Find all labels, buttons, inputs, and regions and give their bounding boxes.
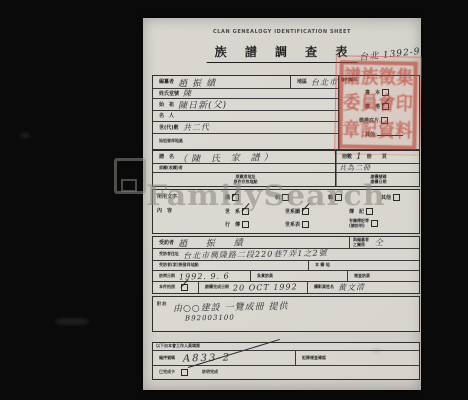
contents-row-2: 行 傳 世系表 有關傳記等 (請註明) [153, 218, 419, 233]
office-use-header: 以下由本會工作人員填寫 [153, 344, 204, 349]
photographed-label: 本件拍照 [156, 285, 179, 290]
family-origin-label: 受訪者(家)族發祥地點 [156, 263, 203, 268]
interviewee-value: 趙 振 績 [178, 235, 251, 250]
category-option-microfilm: 微 捲 [365, 103, 389, 110]
table-row-card-complete: 已完成卡 註明完成 [153, 366, 419, 378]
content-lineage-chart-checkbox-icon [302, 208, 309, 215]
contents-row-1: 內 容 世 系 世系圖 傳 記 [153, 204, 419, 218]
first-ancestor-label: 始 祖 [156, 102, 178, 108]
contents-checkbox-box: 所用文字 漢 和 韓 其他 內 容 [152, 189, 420, 234]
photographer-label: 攝影員姓名 [311, 285, 338, 290]
data-category-box: 資料類別 書 本 微 捲 微捲底片 其他 [338, 75, 420, 150]
content-biography-checkbox-icon [366, 208, 373, 215]
table-row-original-holder: 原藏(收藏)者 [153, 164, 336, 173]
reviewer-label: 複查訪員 [351, 274, 374, 279]
original-holder-label: 原藏(收藏)者 [156, 166, 187, 171]
table-row-famous-person: 名 人 [153, 111, 339, 122]
scan-smudge [55, 318, 89, 325]
table-row-interviewee-address: 受訪者住址 台北市興隆路二段220巷7弄1之2號 [153, 249, 419, 261]
interviewee-address-label: 受訪者住址 [156, 252, 183, 257]
table-row-interviewee: 受訪者 趙 振 績 與編纂者 之關係 仝 [153, 237, 419, 249]
watermark-logo-icon [114, 158, 146, 194]
table-row-volume-count: 冊數 1 冊 頁 [336, 151, 419, 164]
lang-option-korean: 韓 [328, 194, 342, 201]
category-option-negative-label: 微捲底片 [359, 118, 379, 124]
table-row-film-number: 縮攝號碼 縮攝日期 [336, 173, 419, 186]
table-row-first-ancestor: 始 祖 陳日新(父) [153, 99, 339, 111]
table-row-total-volumes: 共為二冊 [336, 164, 419, 173]
volume-count-value: 1 [356, 152, 363, 162]
category-option-book-label: 書 本 [365, 90, 380, 96]
content-records-label: 行 傳 [225, 222, 240, 228]
interviewer-label: 負責訪員 [254, 274, 277, 279]
lang-option-han: 漢 [225, 194, 239, 201]
table-row-compiler: 編纂者 趙振績 地區 台北市 [153, 76, 339, 89]
notes-label: 附 註 [157, 302, 166, 307]
generations-label: 世(代)數 [156, 125, 183, 131]
category-option-other: 其他 [365, 132, 403, 138]
card-complete-checkbox-icon [181, 369, 188, 376]
category-book-checkbox-icon [382, 89, 389, 96]
content-related-bio-checkbox-icon [371, 220, 378, 227]
content-lineage-table-label: 世系表 [285, 222, 300, 228]
volume-count-box: 冊數 1 冊 頁 共為二冊 縮攝號碼 縮攝日期 [335, 150, 420, 187]
content-option-lineage: 世 系 [225, 208, 249, 215]
lang-option-other: 其他 [381, 194, 400, 201]
lang-other-label: 其他 [381, 195, 391, 201]
chinese-title: 族 譜 調 查 表 [207, 43, 358, 63]
table-row-interview-date: 訪問日期 1992. 9. 6 負責訪員 複查訪員 [153, 271, 419, 282]
notes-box: 附 註 由○○建設 一覽成冊 提供 B92003100 [152, 296, 420, 332]
film-complete-date-value: 20 OCT 1992 [233, 282, 298, 292]
total-volumes-value: 共為二冊 [339, 163, 371, 174]
category-option-other-label: 其他 [365, 132, 375, 138]
category-option-microfilm-label: 微 捲 [365, 104, 380, 110]
film-date-label: 縮攝日期 [368, 180, 391, 185]
language-label: 所用文字 [157, 194, 177, 200]
genealogy-name-label: 譜 名 [156, 154, 178, 160]
compiler-label: 編纂者 [156, 79, 178, 85]
content-biography-label: 傳 記 [349, 209, 364, 215]
table-row-holder-address: 原藏者地址 原件存放地點 [153, 173, 336, 186]
scanned-document-screenshot: CLAN GENEALOGY IDENTIFICATION SHEET 族 譜 … [0, 0, 468, 400]
first-ancestor-value: 陳日新(父) [178, 97, 227, 111]
genealogy-name-table: 譜 名 （陳 氏 家 譜） 原藏(收藏)者 原藏者地址 原件存放地點 [152, 150, 337, 187]
notes-line-1: 由○○建設 一覽成冊 提供 [173, 299, 289, 314]
card-complete-label: 已完成卡 [156, 370, 179, 375]
table-row-generations: 世(代)數 共二代 [153, 122, 339, 134]
lang-korean-label: 韓 [328, 195, 333, 201]
category-negative-checkbox-icon [381, 117, 388, 124]
content-lineage-table-checkbox-icon [302, 221, 309, 228]
storage-place-label: 原件存放地點 [231, 180, 262, 185]
table-row-family-origin: 受訪者(家)族發祥地點 本 籍 地 [153, 261, 419, 271]
photographer-value: 黃文清 [338, 282, 365, 294]
identity-table: 編纂者 趙振績 地區 台北市 姓氏堂號 陳 始 祖 陳日新(父) [152, 75, 340, 150]
category-microfilm-checkbox-icon [382, 103, 389, 110]
scan-smudge [372, 349, 381, 353]
relation-label-2: 之關係 [353, 243, 369, 248]
native-place-label: 本 籍 地 [312, 263, 334, 268]
content-lineage-chart-label: 世系圖 [285, 209, 300, 215]
lang-japanese-checkbox-icon [282, 194, 289, 201]
content-lineage-checkbox-icon [242, 208, 249, 215]
genealogy-form-paper: CLAN GENEALOGY IDENTIFICATION SHEET 族 譜 … [143, 18, 421, 390]
surname-hall-label: 姓氏堂號 [156, 91, 183, 97]
content-lineage-label: 世 系 [225, 209, 240, 215]
content-records-checkbox-icon [242, 221, 249, 228]
famous-person-label: 名 人 [156, 113, 178, 119]
content-option-records: 行 傳 [225, 221, 249, 228]
volume-unit-label: 冊 頁 [367, 154, 387, 160]
content-related-bio-sublabel: (請註明) [349, 224, 369, 229]
content-option-biography: 傳 記 [349, 208, 373, 215]
content-option-lineage-chart: 世系圖 [285, 208, 309, 215]
film-complete-date-label: 縮攝完成日期 [202, 285, 233, 290]
genealogy-name-value: （陳 氏 家 譜） [178, 149, 277, 164]
office-use-box: 以下由本會工作人員填寫 編序號碼 A833-2 記錄複查確認 已完成卡 註明完成 [152, 342, 420, 380]
serial-number-label: 編序號碼 [156, 356, 179, 361]
relation-value: 仝 [375, 237, 384, 248]
content-option-related-bio: 有關傳記等 (請註明) [349, 219, 378, 228]
compiler-value: 趙振績 [178, 75, 220, 89]
table-row-serial-number: 編序號碼 A833-2 記錄複查確認 [153, 351, 419, 366]
note-complete-label: 註明完成 [202, 370, 218, 375]
category-option-microfilm-negative: 微捲底片 [359, 117, 388, 124]
photographed-checkbox-icon [181, 284, 188, 291]
notes-line-2: B92003100 [185, 313, 235, 322]
contents-label: 內 容 [157, 208, 172, 214]
category-option-book: 書 本 [365, 89, 389, 96]
english-title: CLAN GENEALOGY IDENTIFICATION SHEET [143, 29, 421, 35]
table-row-ancestor-origin: 始祖發祥地區 [153, 134, 339, 149]
interviewee-table: 受訪者 趙 振 績 與編纂者 之關係 仝 受訪者住址 台北市興隆路二段220巷7… [152, 236, 420, 294]
interviewee-label: 受訪者 [156, 240, 178, 246]
content-option-lineage-table: 世系表 [285, 221, 309, 228]
table-row-filming: 本件拍照 縮攝完成日期 20 OCT 1992 攝影員姓名 黃文清 [153, 282, 419, 293]
lang-japanese-label: 和 [275, 195, 280, 201]
table-row-genealogy-name: 譜 名 （陳 氏 家 譜） [153, 151, 336, 164]
lang-han-label: 漢 [225, 195, 230, 201]
data-category-label: 資料類別 [341, 78, 357, 83]
lang-korean-checkbox-icon [335, 194, 342, 201]
generations-value: 共二代 [182, 122, 209, 134]
other-blank-line [377, 135, 403, 136]
lang-option-japanese: 和 [275, 194, 289, 201]
interview-date-label: 訪問日期 [156, 274, 179, 279]
lang-other-checkbox-icon [393, 194, 400, 201]
interviewee-address-value: 台北市興隆路二段220巷7弄1之2號 [183, 247, 328, 261]
volume-count-label: 冊數 [339, 154, 356, 160]
scan-smudge [20, 133, 30, 138]
language-row: 所用文字 漢 和 韓 其他 [153, 190, 419, 204]
record-recheck-label: 記錄複查確認 [299, 356, 330, 361]
lang-han-checkbox-icon [232, 194, 239, 201]
region-value: 台北市 [311, 76, 338, 88]
region-label: 地區 [294, 79, 311, 85]
ancestor-origin-label: 始祖發祥地區 [156, 139, 187, 144]
handwritten-form-number: 台北 1392-9 [359, 44, 422, 63]
